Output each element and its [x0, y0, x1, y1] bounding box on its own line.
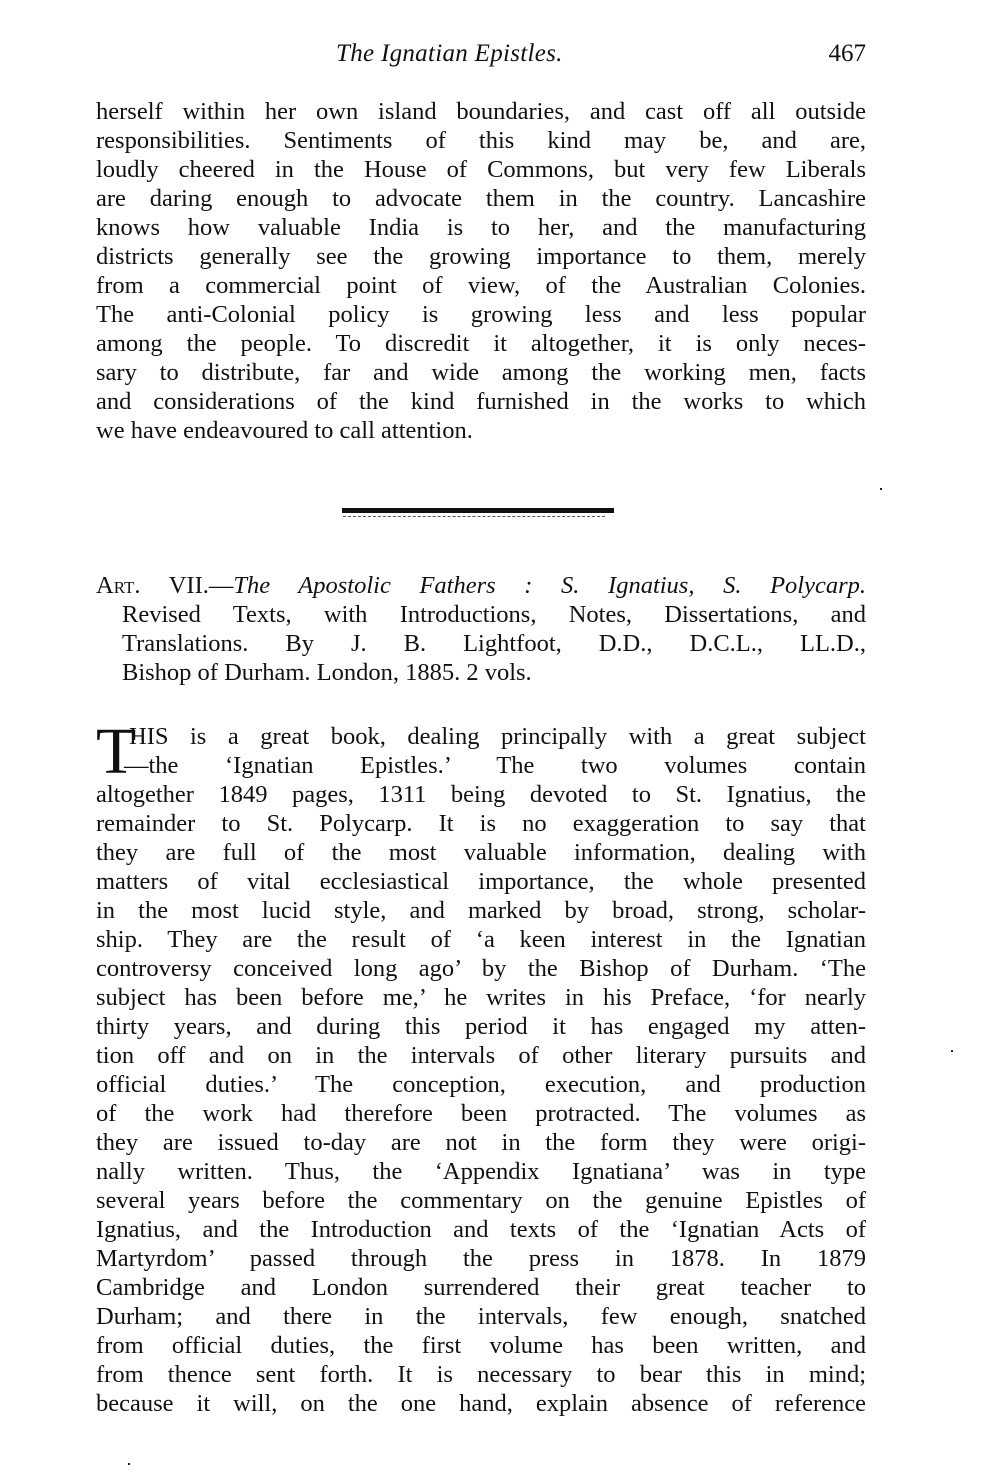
article-heading-line: Revised Texts, with Introductions, Notes…: [122, 600, 866, 629]
article-heading-line: Translations. By J. B. Lightfoot, D.D., …: [122, 629, 866, 658]
scan-speck: [128, 1463, 130, 1465]
text-line: subject has been before me,’ he writes i…: [96, 983, 866, 1012]
text-line: from thence sent forth. It is necessary …: [96, 1360, 866, 1389]
article-heading-line: Bishop of Durham. London, 1885. 2 vols.: [122, 658, 866, 687]
scan-speck: [880, 488, 882, 490]
article-heading-title-line: Art. VII.—The Apostolic Fathers : S. Ign…: [96, 571, 866, 600]
text-line: herself within her own island boundaries…: [96, 97, 866, 126]
text-line: remainder to St. Polycarp. It is no exag…: [96, 809, 866, 838]
text-line: knows how valuable India is to her, and …: [96, 213, 866, 242]
running-head: The Ignatian Epistles. 467: [96, 40, 866, 80]
section-divider-rule: [342, 508, 614, 513]
text-line: are daring enough to advocate them in th…: [96, 184, 866, 213]
article-title: The Apostolic Fathers : S. Ignatius, S. …: [233, 572, 866, 599]
text-line: districts generally see the growing impo…: [96, 242, 866, 271]
section-divider-underline: [343, 516, 605, 518]
text-line: Durham; and there in the intervals, few …: [96, 1302, 866, 1331]
text-line: in the most lucid style, and marked by b…: [96, 896, 866, 925]
text-line: we have endeavoured to call attention.: [96, 416, 866, 445]
text-line: of the work had therefore been protracte…: [96, 1099, 866, 1128]
text-line: Cambridge and London surrendered their g…: [96, 1273, 866, 1302]
text-line: sary to distribute, far and wide among t…: [96, 358, 866, 387]
text-line: responsibilities. Sentiments of this kin…: [96, 126, 866, 155]
scan-speck: [951, 1050, 953, 1052]
article-label: Art.: [96, 572, 141, 599]
text-line: tion off and on in the intervals of othe…: [96, 1041, 866, 1070]
text-line: matters of vital ecclesiastical importan…: [96, 867, 866, 896]
text-line: several years before the commentary on t…: [96, 1186, 866, 1215]
text-line: loudly cheered in the House of Commons, …: [96, 155, 866, 184]
text-line: The anti-Colonial policy is growing less…: [96, 300, 866, 329]
article-number: VII.—: [169, 572, 234, 599]
text-line: —the ‘Ignatian Epistles.’ The two volume…: [124, 751, 866, 780]
text-line: nally written. Thus, the ‘Appendix Ignat…: [96, 1157, 866, 1186]
text-line: Martyrdom’ passed through the press in 1…: [96, 1244, 866, 1273]
page-number: 467: [829, 40, 867, 68]
text-line: ship. They are the result of ‘a keen int…: [96, 925, 866, 954]
text-line: and considerations of the kind furnished…: [96, 387, 866, 416]
text-line: because it will, on the one hand, explai…: [96, 1389, 866, 1418]
text-line: HIS is a great book, dealing principally…: [129, 722, 866, 751]
text-line: they are issued to-day are not in the fo…: [96, 1128, 866, 1157]
text-line: from official duties, the first volume h…: [96, 1331, 866, 1360]
text-line: among the people. To discredit it altoge…: [96, 329, 866, 358]
text-line: thirty years, and during this period it …: [96, 1012, 866, 1041]
text-line: from a commercial point of view, of the …: [96, 271, 866, 300]
running-title: The Ignatian Epistles.: [336, 40, 563, 68]
text-line: Ignatius, and the Introduction and texts…: [96, 1215, 866, 1244]
text-line: controversy conceived long ago’ by the B…: [96, 954, 866, 983]
text-line: official duties.’ The conception, execut…: [96, 1070, 866, 1099]
document-page: The Ignatian Epistles. 467 herself withi…: [0, 0, 1000, 1484]
text-line: they are full of the most valuable infor…: [96, 838, 866, 867]
text-line: altogether 1849 pages, 1311 being devote…: [96, 780, 866, 809]
